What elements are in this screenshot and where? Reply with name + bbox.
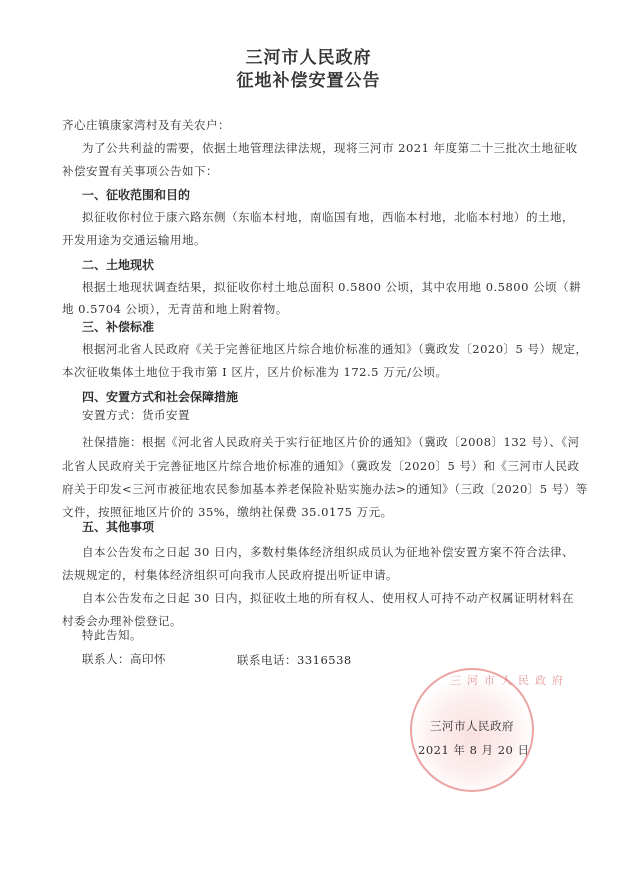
section-3-text-2: 本次征收集体土地位于我市第 I 区片，区片价标准为 172.5 万元/公顷。 bbox=[62, 365, 562, 380]
intro-text-2: 补偿安置有关事项公告如下： bbox=[62, 164, 562, 179]
section-5-heading: 五、其他事项 bbox=[82, 518, 154, 535]
closing-text: 特此告知。 bbox=[82, 628, 562, 643]
section-2-text-2: 地 0.5704 公顷），无青苗和地上附着物。 bbox=[62, 302, 562, 317]
section-4-text-3: 府关于印发<三河市被征地农民参加基本养老保险补贴实施办法>的通知》（三政〔202… bbox=[62, 482, 562, 497]
section-4-heading: 四、安置方式和社会保障措施 bbox=[82, 388, 238, 405]
section-2-text-1: 根据土地现状调查结果，拟征收你村土地总面积 0.5800 公顷，其中农用地 0.… bbox=[82, 280, 562, 295]
signature: 三河市人民政府 bbox=[430, 718, 514, 734]
section-4-method: 安置方式：货币安置 bbox=[82, 408, 562, 423]
intro-text-1: 为了公共利益的需要，依据土地管理法律法规，现将三河市 2021 年度第二十三批次… bbox=[82, 141, 562, 156]
seal-text: 三河市人民政府 bbox=[450, 672, 569, 688]
contact-phone: 联系电话：3316538 bbox=[237, 652, 352, 668]
section-5-text-1: 自本公告发布之日起 30 日内，多数村集体经济组织成员认为征地补偿安置方案不符合… bbox=[82, 545, 562, 560]
section-4-text-2: 北省人民政府关于完善征地区片综合地价标准的通知》（冀政发〔2020〕5 号）和《… bbox=[62, 459, 562, 474]
section-1-heading: 一、征收范围和目的 bbox=[82, 186, 190, 203]
section-1-text-1: 拟征收你村位于康六路东侧（东临本村地，南临国有地，西临本村地，北临本村地）的土地… bbox=[82, 210, 562, 225]
section-3-text-1: 根据河北省人民政府《关于完善征地区片综合地价标准的通知》（冀政发〔2020〕5 … bbox=[82, 342, 562, 357]
section-2-heading: 二、土地现状 bbox=[82, 256, 154, 273]
salutation: 齐心庄镇康家湾村及有关农户： bbox=[62, 118, 562, 133]
section-5-text-4: 村委会办理补偿登记。 bbox=[62, 614, 562, 629]
date: 2021 年 8 月 20 日 bbox=[418, 742, 530, 758]
section-3-heading: 三、补偿标准 bbox=[82, 318, 154, 335]
title-line-1: 三河市人民政府 bbox=[0, 43, 617, 68]
section-5-text-3: 自本公告发布之日起 30 日内，拟征收土地的所有权人、使用权人可持不动产权属证明… bbox=[82, 591, 562, 606]
title-line-2: 征地补偿安置公告 bbox=[0, 66, 617, 91]
contact-person: 联系人：高印怀 bbox=[82, 652, 242, 667]
section-4-text-1: 社保措施：根据《河北省人民政府关于实行征地区片价的通知》（冀政〔2008〕132… bbox=[82, 435, 562, 450]
section-5-text-2: 法规规定的，村集体经济组织可向我市人民政府提出听证申请。 bbox=[62, 568, 562, 583]
section-1-text-2: 开发用途为交通运输用地。 bbox=[62, 233, 562, 248]
